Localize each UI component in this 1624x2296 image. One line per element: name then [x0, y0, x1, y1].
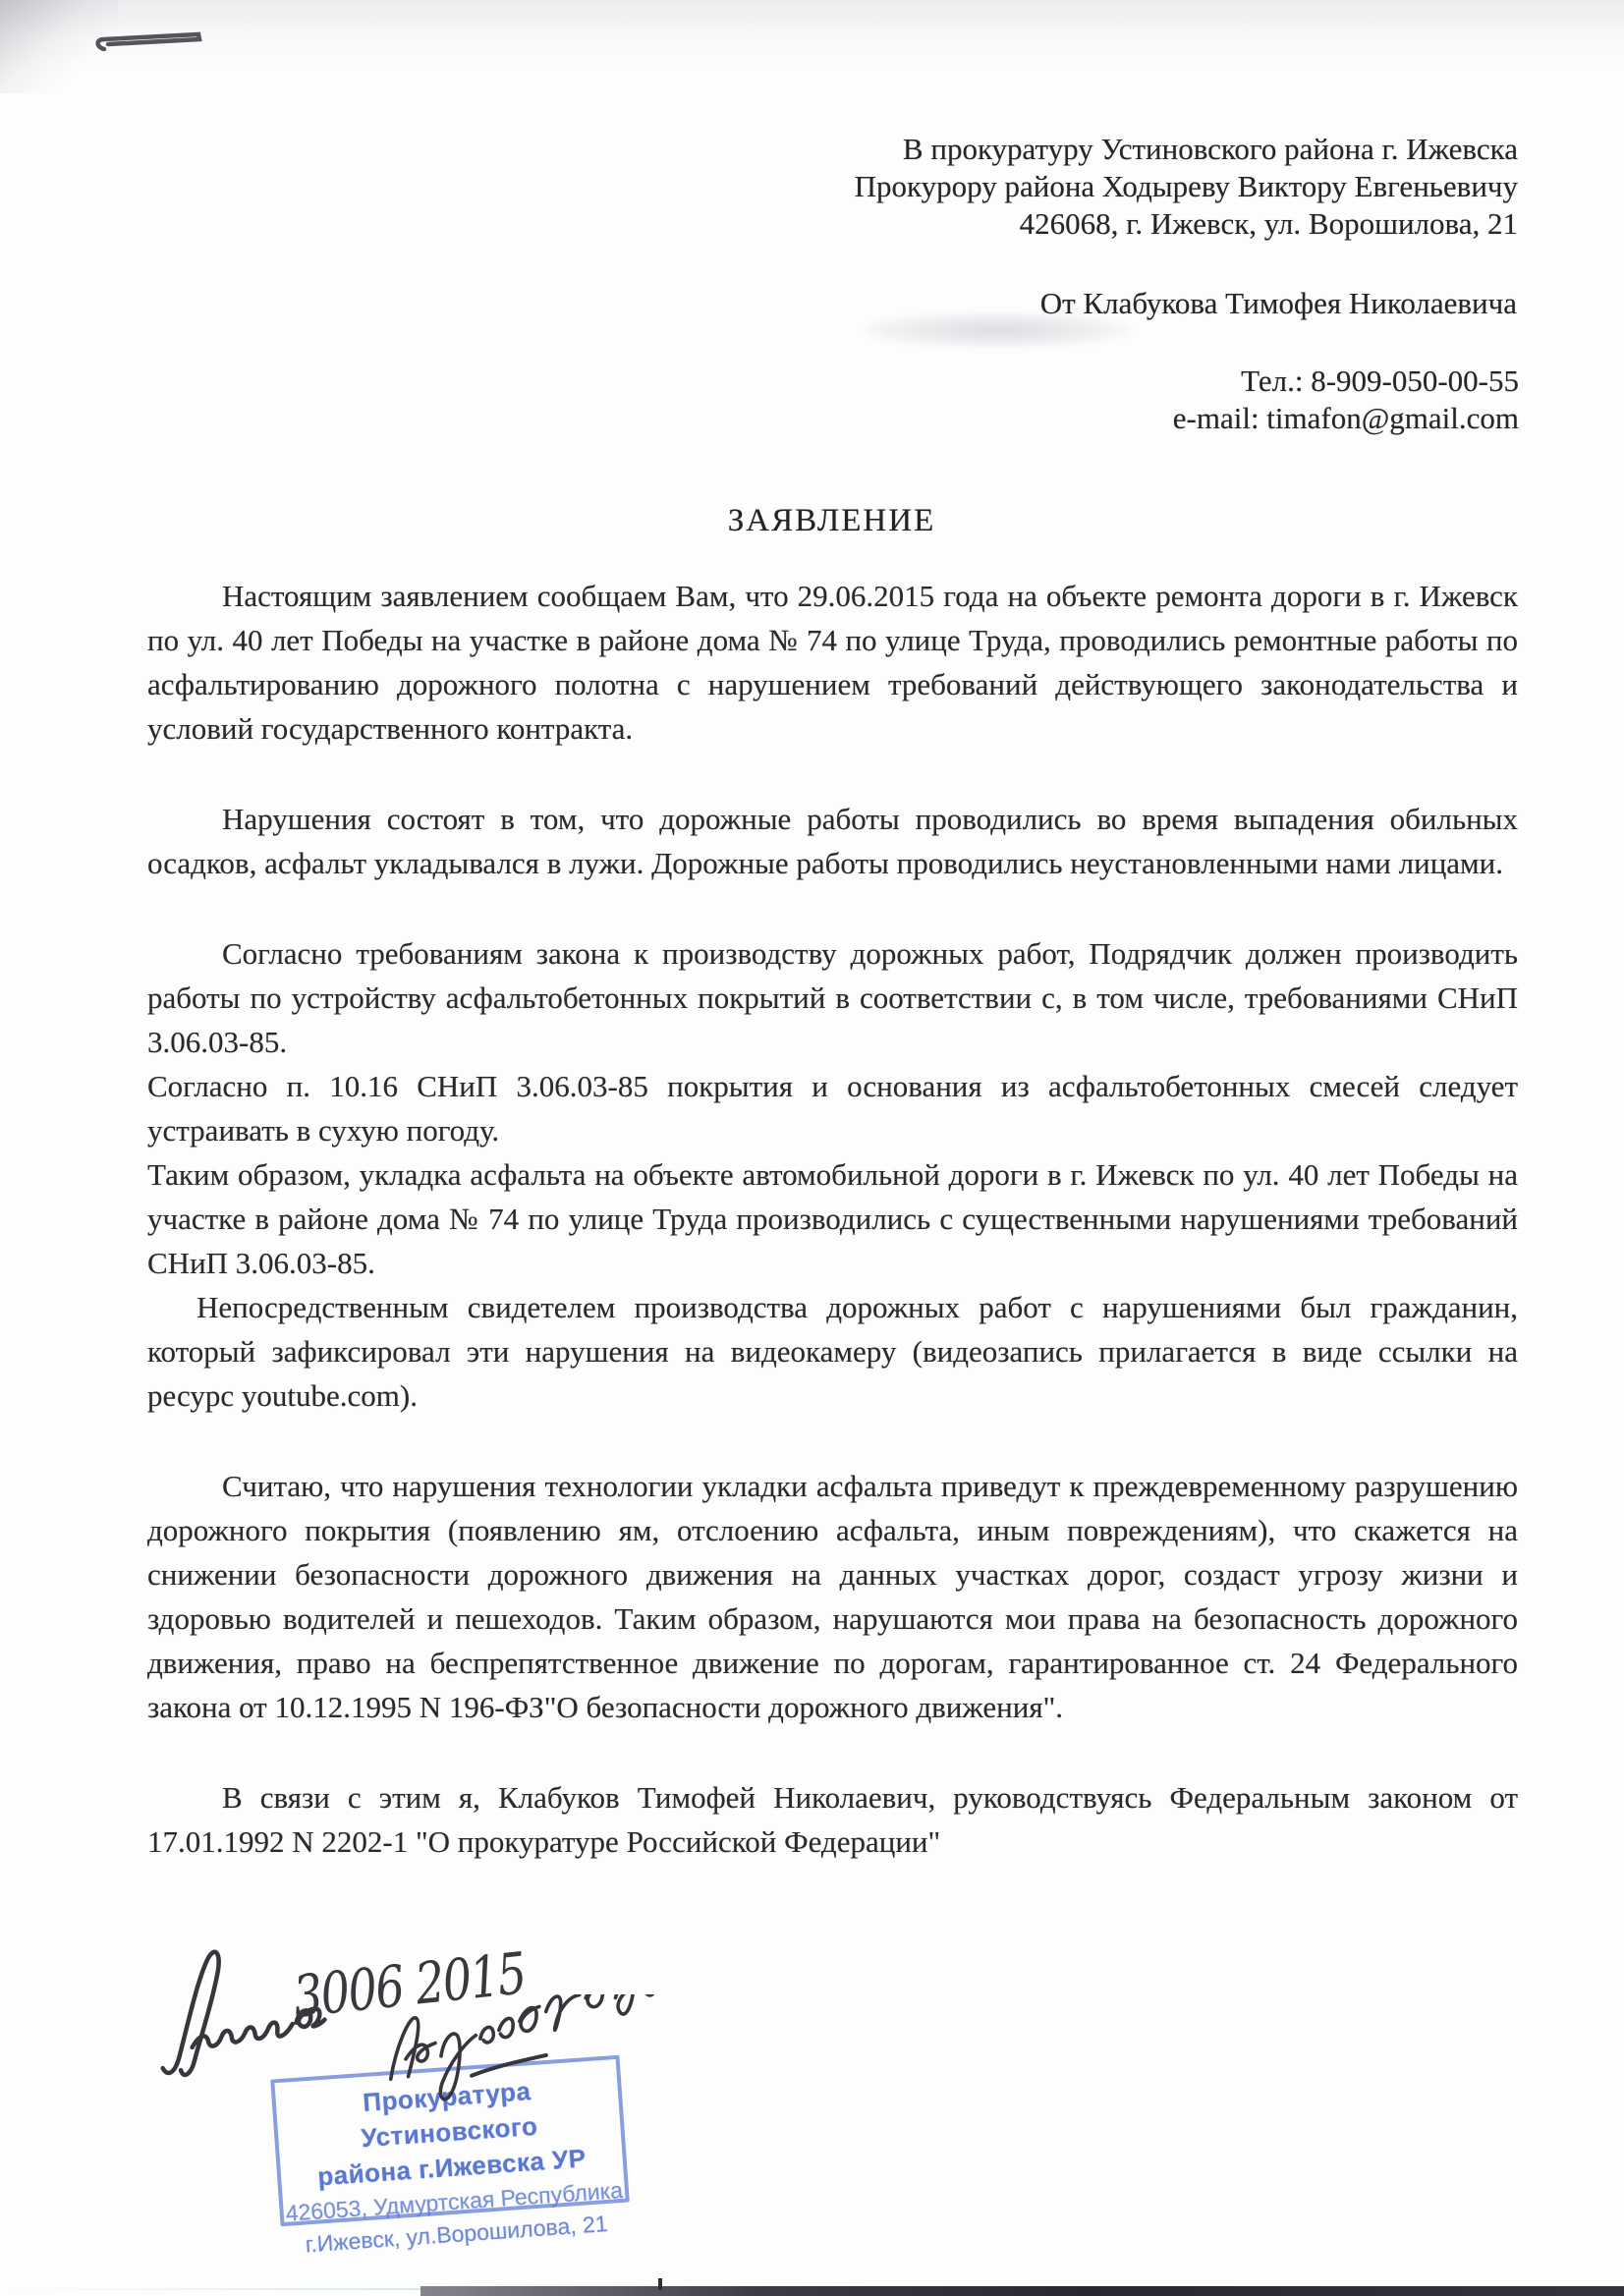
paragraph-7: Считаю, что нарушения технологии укладки…	[147, 1464, 1518, 1729]
signature-underline	[471, 2055, 548, 2076]
staple-mark	[94, 28, 212, 57]
paragraph-1: Настоящим заявлением сообщаем Вам, что 2…	[147, 574, 1518, 751]
phone-line: Тел.: 8-909-050-00-55	[635, 363, 1519, 400]
signature-scribble	[381, 1994, 669, 2106]
recipient-line-office: В прокуратуру Устиновского района г. Иже…	[634, 131, 1518, 168]
document-title: ЗАЯВЛЕНИЕ	[147, 503, 1516, 539]
paragraph-8: В связи с этим я, Клабуков Тимофей Никол…	[147, 1775, 1518, 1864]
scan-edge-tick	[658, 2278, 662, 2290]
scan-noise-band	[0, 0, 1624, 69]
recipient-block: В прокуратуру Устиновского района г. Иже…	[634, 131, 1518, 243]
paragraph-4: Согласно п. 10.16 СНиП 3.06.03-85 покрыт…	[147, 1064, 1518, 1152]
contacts-block: Тел.: 8-909-050-00-55 e-mail: timafon@gm…	[635, 363, 1519, 437]
document-body: Настоящим заявлением сообщаем Вам, что 2…	[147, 574, 1518, 1864]
recipient-line-address: 426068, г. Ижевск, ул. Ворошилова, 21	[634, 205, 1518, 243]
scanned-document-page: В прокуратуру Устиновского района г. Иже…	[0, 0, 1624, 2296]
paragraph-5: Таким образом, укладка асфальта на объек…	[147, 1152, 1518, 1285]
email-line: e-mail: timafon@gmail.com	[635, 400, 1519, 437]
scan-edge-dark-strip	[420, 2286, 1624, 2296]
scan-smudge	[865, 312, 1130, 348]
paragraph-3: Согласно требованиям закона к производст…	[147, 931, 1518, 1064]
paragraph-6: Непосредственным свидетелем производства…	[147, 1285, 1518, 1418]
recipient-line-prosecutor: Прокурору района Ходыреву Виктору Евгень…	[634, 168, 1518, 205]
paragraph-2: Нарушения состоят в том, что дорожные ра…	[147, 797, 1518, 885]
receipt-signature	[376, 1994, 750, 2107]
